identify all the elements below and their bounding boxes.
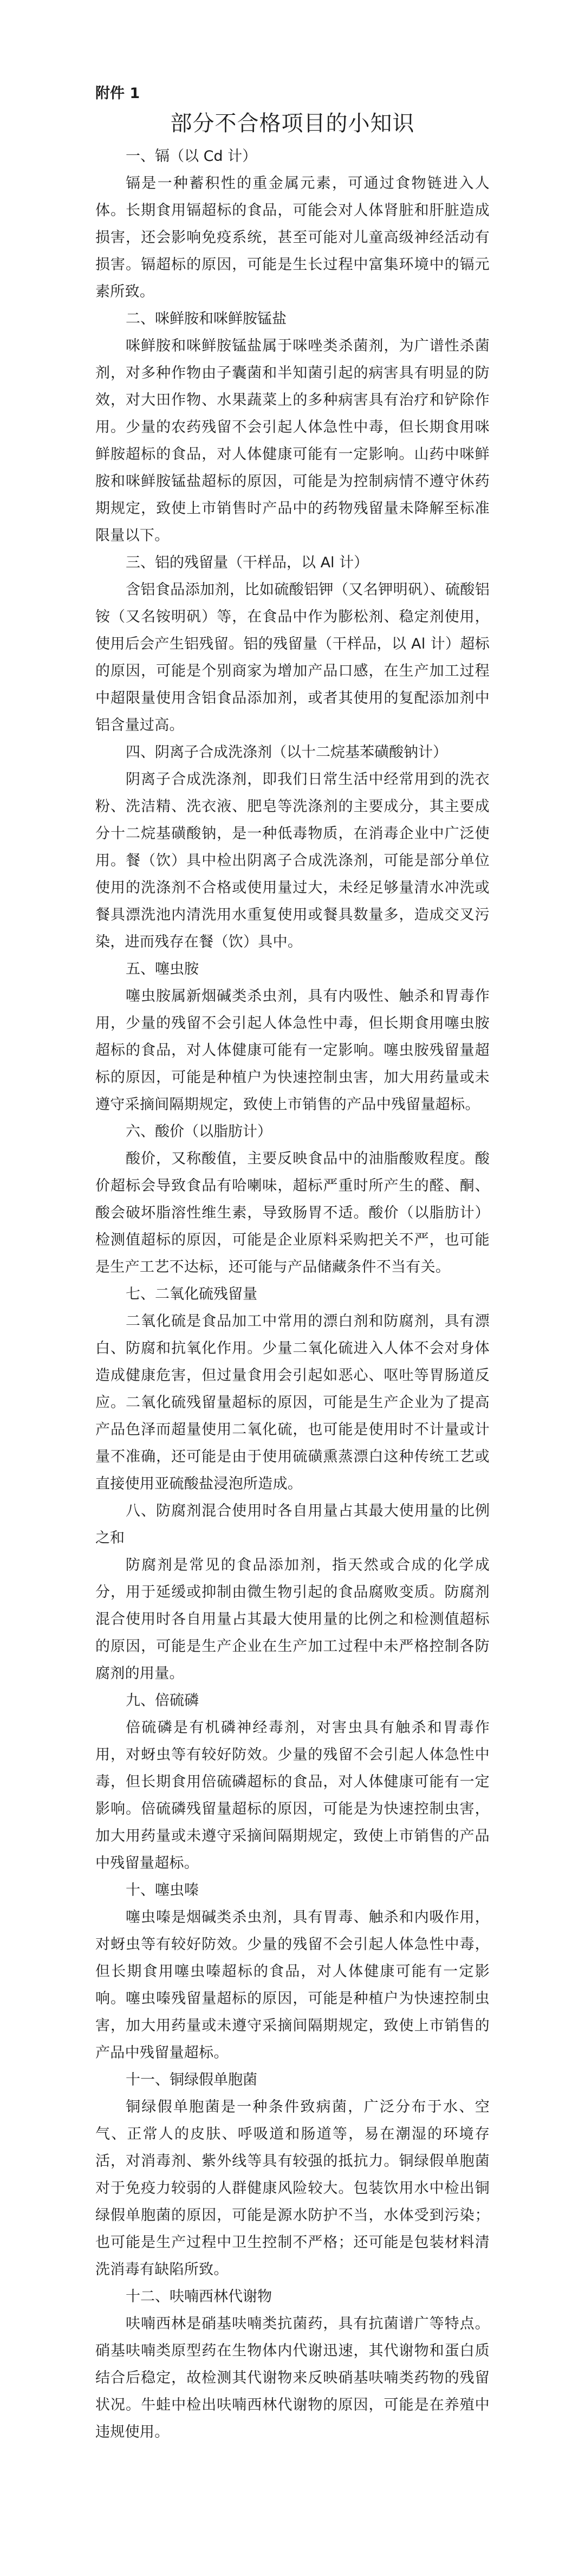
document-content: 附件 1 部分不合格项目的小知识 一、镉（以 Cd 计） 镉是一种蓄积性的重金属… (95, 85, 490, 2446)
section-prochloraz: 二、咪鲜胺和咪鲜胺锰盐 咪鲜胺和咪鲜胺锰盐属于咪唑类杀菌剂，为广谱性杀菌剂，对多… (95, 306, 490, 549)
section-body: 倍硫磷是有机磷神经毒剂，对害虫具有触杀和胃毒作用，对蚜虫等有较好防效。少量的残留… (95, 1714, 490, 1877)
section-acid-value: 六、酸价（以脂肪计） 酸价，又称酸值，主要反映食品中的油脂酸败程度。酸价超标会导… (95, 1118, 490, 1281)
section-body: 镉是一种蓄积性的重金属元素，可通过食物链进入人体。长期食用镉超标的食品，可能会对… (95, 170, 490, 306)
section-body: 噻虫胺属新烟碱类杀虫剂，具有内吸性、触杀和胃毒作用，少量的残留不会引起人体急性中… (95, 983, 490, 1118)
attachment-label: 附件 1 (95, 85, 490, 103)
section-body: 酸价，又称酸值，主要反映食品中的油脂酸败程度。酸价超标会导致食品有哈喇味，超标严… (95, 1145, 490, 1281)
section-heading: 七、二氧化硫残留量 (95, 1281, 490, 1308)
section-heading: 三、铝的残留量（干样品，以 Al 计） (95, 549, 490, 577)
section-nitrofurazone-metabolite: 十二、呋喃西林代谢物 呋喃西林是硝基呋喃类抗菌药，具有抗菌谱广等特点。硝基呋喃类… (95, 2283, 490, 2446)
section-body: 防腐剂是常见的食品添加剂，指天然或合成的化学成分，用于延缓或抑制由微生物引起的食… (95, 1552, 490, 1687)
section-body: 咪鲜胺和咪鲜胺锰盐属于咪唑类杀菌剂，为广谱性杀菌剂，对多种作物由子囊菌和半知菌引… (95, 333, 490, 549)
section-heading: 十一、铜绿假单胞菌 (95, 2067, 490, 2094)
section-body: 二氧化硫是食品加工中常用的漂白剂和防腐剂，具有漂白、防腐和抗氧化作用。少量二氧化… (95, 1308, 490, 1498)
section-body: 呋喃西林是硝基呋喃类抗菌药，具有抗菌谱广等特点。硝基呋喃类原型药在生物体内代谢迅… (95, 2310, 490, 2446)
section-heading: 八、防腐剂混合使用时各自用量占其最大使用量的比例之和 (95, 1498, 490, 1552)
section-heading: 四、阴离子合成洗涤剂（以十二烷基苯磺酸钠计） (95, 739, 490, 766)
section-heading: 九、倍硫磷 (95, 1687, 490, 1714)
section-clothianidin: 五、噻虫胺 噻虫胺属新烟碱类杀虫剂，具有内吸性、触杀和胃毒作用，少量的残留不会引… (95, 956, 490, 1118)
section-body: 铜绿假单胞菌是一种条件致病菌，广泛分布于水、空气、正常人的皮肤、呼吸道和肠道等，… (95, 2094, 490, 2283)
section-preservatives: 八、防腐剂混合使用时各自用量占其最大使用量的比例之和 防腐剂是常见的食品添加剂，… (95, 1498, 490, 1687)
section-heading: 二、咪鲜胺和咪鲜胺锰盐 (95, 306, 490, 333)
section-body: 噻虫嗪是烟碱类杀虫剂，具有胃毒、触杀和内吸作用，对蚜虫等有较好防效。少量的残留不… (95, 1904, 490, 2067)
document-page: 附件 1 部分不合格项目的小知识 一、镉（以 Cd 计） 镉是一种蓄积性的重金属… (0, 0, 585, 2576)
section-heading: 六、酸价（以脂肪计） (95, 1118, 490, 1145)
section-fenthion: 九、倍硫磷 倍硫磷是有机磷神经毒剂，对害虫具有触杀和胃毒作用，对蚜虫等有较好防效… (95, 1687, 490, 1877)
section-body: 含铝食品添加剂，比如硫酸铝钾（又名钾明矾）、硫酸铝铵（又名铵明矾）等，在食品中作… (95, 577, 490, 739)
section-aluminum-residue: 三、铝的残留量（干样品，以 Al 计） 含铝食品添加剂，比如硫酸铝钾（又名钾明矾… (95, 549, 490, 739)
section-pseudomonas: 十一、铜绿假单胞菌 铜绿假单胞菌是一种条件致病菌，广泛分布于水、空气、正常人的皮… (95, 2067, 490, 2283)
section-heading: 十、噻虫嗪 (95, 1877, 490, 1904)
sections-list: 一、镉（以 Cd 计） 镉是一种蓄积性的重金属元素，可通过食物链进入人体。长期食… (95, 143, 490, 2446)
section-anionic-detergent: 四、阴离子合成洗涤剂（以十二烷基苯磺酸钠计） 阴离子合成洗涤剂，即我们日常生活中… (95, 739, 490, 956)
section-body: 阴离子合成洗涤剂，即我们日常生活中经常用到的洗衣粉、洗洁精、洗衣液、肥皂等洗涤剂… (95, 766, 490, 956)
section-thiamethoxam: 十、噻虫嗪 噻虫嗪是烟碱类杀虫剂，具有胃毒、触杀和内吸作用，对蚜虫等有较好防效。… (95, 1877, 490, 2067)
section-heading: 五、噻虫胺 (95, 956, 490, 983)
section-heading: 一、镉（以 Cd 计） (95, 143, 490, 170)
section-cadmium: 一、镉（以 Cd 计） 镉是一种蓄积性的重金属元素，可通过食物链进入人体。长期食… (95, 143, 490, 306)
section-sulfur-dioxide: 七、二氧化硫残留量 二氧化硫是食品加工中常用的漂白剂和防腐剂，具有漂白、防腐和抗… (95, 1281, 490, 1498)
section-heading: 十二、呋喃西林代谢物 (95, 2283, 490, 2310)
page-title: 部分不合格项目的小知识 (95, 108, 490, 139)
